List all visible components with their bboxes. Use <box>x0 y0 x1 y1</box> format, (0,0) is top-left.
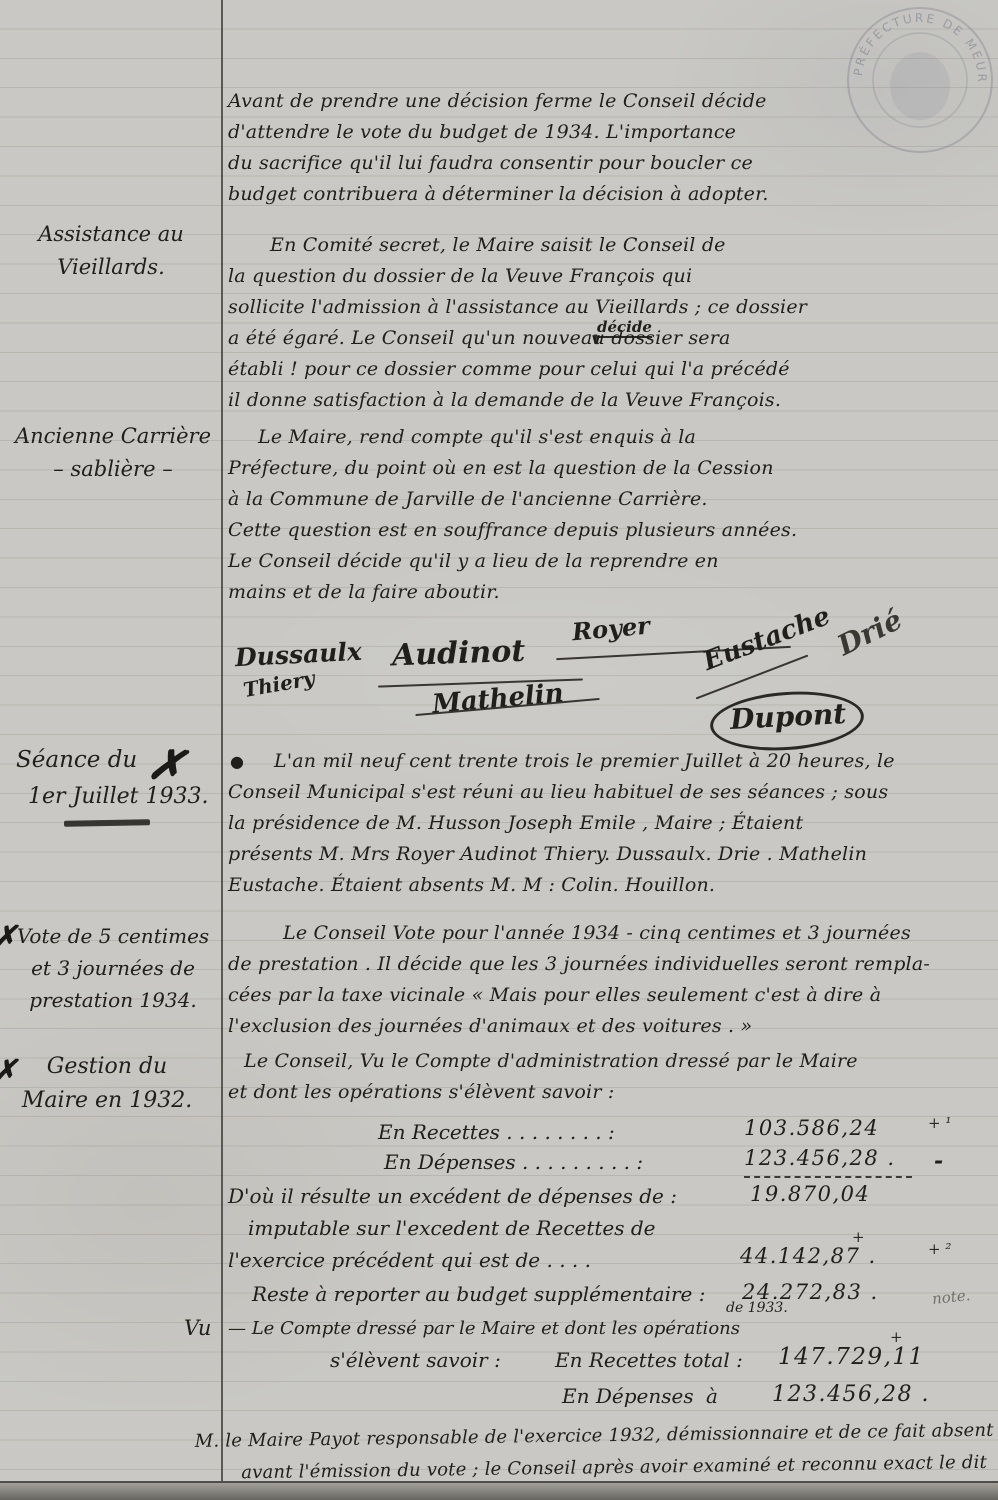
total-recettes-label: En Recettes total : <box>555 1348 743 1372</box>
reste-label: Reste à reporter au budget supplémentair… <box>252 1282 705 1306</box>
inserted-word-decide: décide <box>597 318 652 338</box>
register-page: PRÉFECTURE DE MEURTHE-ET-MOSELLE Assista… <box>0 0 998 1500</box>
margin-rule <box>221 0 223 1483</box>
signature-circle-dupont <box>708 687 866 756</box>
margin-note-seance-title: Séance du <box>16 744 137 777</box>
recettes-value: 103.586,24 <box>744 1116 879 1140</box>
paragraph-gestion-maire: Le Conseil, Vu le Compte d'administratio… <box>228 1046 998 1108</box>
margin-note-ancienne-carriere: Ancienne Carrière – sablière – <box>6 420 220 486</box>
total-depenses-label: En Dépenses <box>562 1384 694 1408</box>
paragraph-budget-1934: Avant de prendre une décision ferme le C… <box>228 86 996 210</box>
seance-date-underline <box>64 819 150 827</box>
vu-word: Vu <box>184 1316 211 1340</box>
total-savoir-label: s'élèvent savoir : <box>330 1348 501 1372</box>
pencil-note: note. <box>931 1286 971 1308</box>
signature-drie: Drié <box>832 603 907 662</box>
margin-note-seance-date: 1er Juillet 1933. <box>28 780 208 813</box>
exercice-sup-plus: + <box>852 1228 865 1246</box>
paragraph-seance-ouverture: L'an mil neuf cent trente trois le premi… <box>228 746 998 901</box>
margin-note-assistance-vieillards: Assistance au Vieillards. <box>8 218 214 284</box>
imputable-label: imputable sur l'excedent de Recettes de <box>248 1216 656 1240</box>
vu-label: — Le Compte dressé par le Maire et dont … <box>228 1318 740 1339</box>
paragraph-carriere-sabliere: Le Maire, rend compte qu'il s'est enquis… <box>228 422 998 608</box>
exercice-label: l'exercice précédent qui est de . . . . <box>228 1248 591 1272</box>
insertion-caret: ∨ <box>590 330 602 348</box>
signature-royer: Royer <box>571 611 651 647</box>
total-depenses-value: 123.456,28 . <box>772 1382 930 1407</box>
paragraph-closing: M. le Maire Payot responsable de l'exerc… <box>195 1414 998 1490</box>
recettes-margin-mark: + ¹ <box>928 1114 951 1132</box>
excedent-label: D'où il résulte un excédent de dépenses … <box>228 1184 677 1208</box>
signature-eustache: Eustache <box>699 601 834 677</box>
total-depenses-a: à <box>706 1384 718 1408</box>
signature-dussaulx: Dussaulx <box>234 637 362 673</box>
exercice-value: 44.142,87 . <box>740 1244 877 1268</box>
exercice-margin-mark: + ² <box>928 1240 951 1258</box>
recettes-label: En Recettes . . . . . . . . : <box>378 1120 615 1144</box>
depenses-label: En Dépenses . . . . . . . . . : <box>384 1150 643 1174</box>
signature-audinot: Audinot <box>391 634 525 674</box>
total-recettes-value: 147.729,11 <box>778 1344 925 1370</box>
excedent-value: 19.870,04 <box>750 1182 870 1206</box>
depenses-margin-mark: - <box>934 1148 943 1174</box>
paragraph-vote-centimes: Le Conseil Vote pour l'année 1934 - cinq… <box>228 918 998 1042</box>
total-recettes-sup-plus: + <box>890 1328 903 1346</box>
depenses-dashed-underline <box>744 1158 912 1178</box>
vu-insert-de-1933: de 1933. <box>726 1300 788 1316</box>
margin-note-gestion-maire: Gestion du Maire en 1932. <box>12 1050 202 1118</box>
page-bottom-edge <box>0 1481 998 1500</box>
margin-note-vote-centimes: Vote de 5 centimes et 3 journées de pres… <box>12 920 214 1016</box>
